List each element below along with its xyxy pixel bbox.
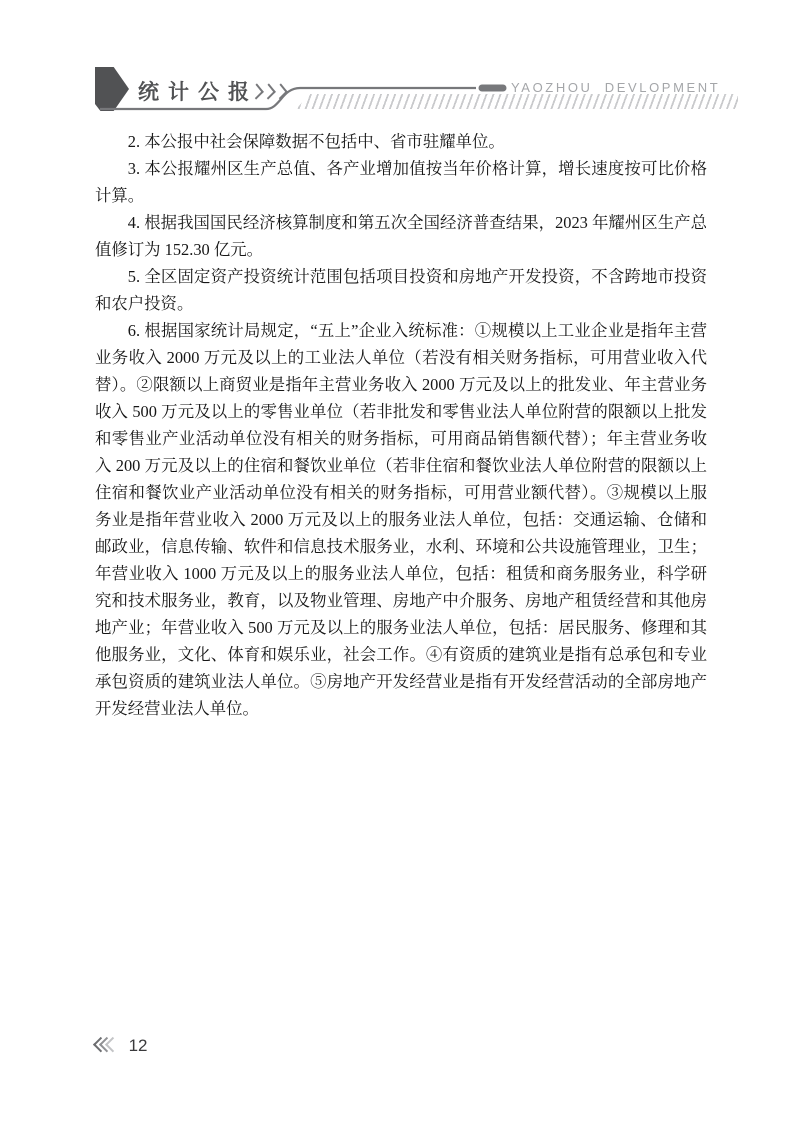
note-paragraph-4: 4. 根据我国国民经济核算制度和第五次全国经济普查结果，2023 年耀州区生产总… [95, 209, 707, 263]
page-chevrons-icon [95, 1037, 114, 1055]
notes-section: 2. 本公报中社会保障数据不包括中、省市驻耀单位。 3. 本公报耀州区生产总值、… [95, 128, 707, 722]
page-footer: 12 [95, 1033, 147, 1059]
note-paragraph-2: 2. 本公报中社会保障数据不包括中、省市驻耀单位。 [95, 128, 707, 155]
note-paragraph-3: 3. 本公报耀州区生产总值、各产业增加值按当年价格计算，增长速度按可比价格计算。 [95, 155, 707, 209]
document-page: 统计公报 YAOZHOU DEVLOPMENT 2. 本公报中社会保障数据不包括… [0, 0, 794, 1123]
page-number: 12 [129, 1036, 148, 1056]
header-rule-lines [0, 0, 794, 130]
page-header: 统计公报 YAOZHOU DEVLOPMENT [0, 0, 794, 130]
header-subtitle: YAOZHOU DEVLOPMENT [511, 80, 720, 95]
header-hatch-pattern [296, 94, 738, 109]
note-paragraph-5: 5. 全区固定资产投资统计范围包括项目投资和房地产开发投资，不含跨地市投资和农户… [95, 263, 707, 317]
note-paragraph-6: 6. 根据国家统计局规定，“五上”企业入统标准：①规模以上工业企业是指年主营业务… [95, 317, 707, 722]
